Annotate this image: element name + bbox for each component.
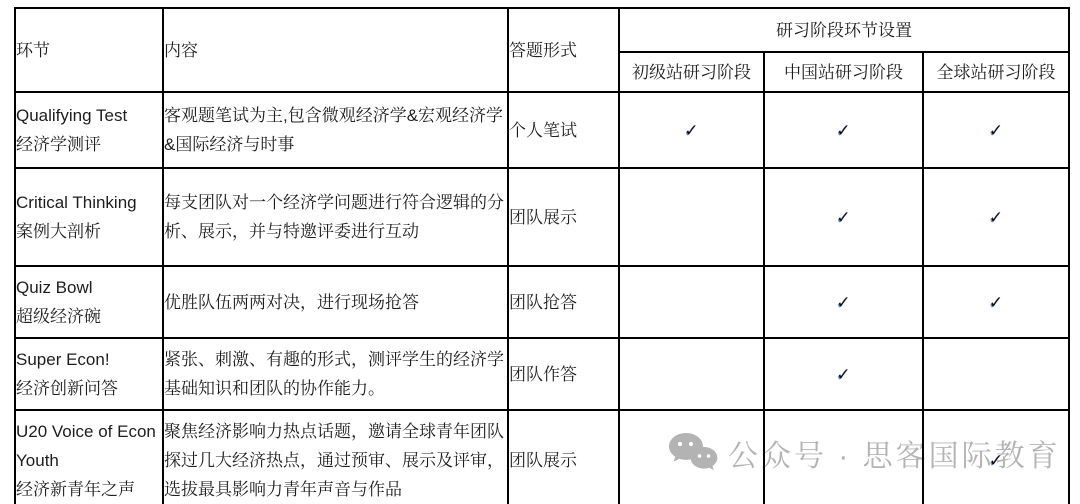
- stage-name-en: Critical Thinking: [16, 188, 162, 217]
- check-cell-global: ✓: [923, 410, 1069, 504]
- format-cell: 团队展示: [508, 410, 619, 504]
- page: 公众号 · 思客国际教育 环节 内容 答题形式 研习阶段环节设置 初级站研习阶段…: [0, 0, 1080, 504]
- format-cell: 个人笔试: [508, 92, 619, 168]
- content-cell: 聚焦经济影响力热点话题，邀请全球青年团队探过几大经济热点，通过预审、展示及评审，…: [163, 410, 508, 504]
- check-cell-china: ✓: [764, 92, 923, 168]
- header-stage: 环节: [15, 8, 163, 92]
- check-cell-china: ✓: [764, 266, 923, 338]
- check-cell-junior: [619, 410, 764, 504]
- table-row: Qualifying Test 经济学测评 客观题笔试为主,包含微观经济学&宏观…: [15, 92, 1069, 168]
- program-table: 环节 内容 答题形式 研习阶段环节设置 初级站研习阶段 中国站研习阶段 全球站研…: [14, 7, 1070, 504]
- table-row: U20 Voice of Econ Youth 经济新青年之声 聚焦经济影响力热…: [15, 410, 1069, 504]
- check-cell-global: ✓: [923, 266, 1069, 338]
- header-station-china: 中国站研习阶段: [764, 52, 923, 92]
- check-cell-china: ✓: [764, 168, 923, 266]
- stage-name-cell: Quiz Bowl 超级经济碗: [15, 266, 163, 338]
- content-cell: 紧张、刺激、有趣的形式，测评学生的经济学基础知识和团队的协作能力。: [163, 338, 508, 410]
- stage-name-en: U20 Voice of Econ Youth: [16, 417, 162, 475]
- check-cell-junior: ✓: [619, 92, 764, 168]
- format-cell: 团队抢答: [508, 266, 619, 338]
- check-cell-junior: [619, 338, 764, 410]
- header-format: 答题形式: [508, 8, 619, 92]
- check-cell-global: [923, 338, 1069, 410]
- stage-name-cn: 经济新青年之声: [16, 475, 162, 504]
- stage-name-cn: 经济创新问答: [16, 374, 162, 403]
- check-cell-global: ✓: [923, 168, 1069, 266]
- header-row-top: 环节 内容 答题形式 研习阶段环节设置: [15, 8, 1069, 52]
- check-cell-china: [764, 410, 923, 504]
- header-station-junior: 初级站研习阶段: [619, 52, 764, 92]
- content-cell: 优胜队伍两两对决，进行现场抢答: [163, 266, 508, 338]
- stage-name-cn: 案例大剖析: [16, 217, 162, 246]
- stage-name-cell: Super Econ! 经济创新问答: [15, 338, 163, 410]
- header-station-global: 全球站研习阶段: [923, 52, 1069, 92]
- stage-name-cell: U20 Voice of Econ Youth 经济新青年之声: [15, 410, 163, 504]
- table-row: Quiz Bowl 超级经济碗 优胜队伍两两对决，进行现场抢答 团队抢答 ✓ ✓: [15, 266, 1069, 338]
- stage-name-en: Super Econ!: [16, 345, 162, 374]
- stage-name-cn: 超级经济碗: [16, 302, 162, 331]
- check-cell-junior: [619, 168, 764, 266]
- stage-name-en: Qualifying Test: [16, 101, 162, 130]
- table-row: Super Econ! 经济创新问答 紧张、刺激、有趣的形式，测评学生的经济学基…: [15, 338, 1069, 410]
- header-content: 内容: [163, 8, 508, 92]
- content-cell: 客观题笔试为主,包含微观经济学&宏观经济学&国际经济与时事: [163, 92, 508, 168]
- header-group-title: 研习阶段环节设置: [619, 8, 1069, 52]
- stage-name-en: Quiz Bowl: [16, 273, 162, 302]
- check-cell-china: ✓: [764, 338, 923, 410]
- stage-name-cn: 经济学测评: [16, 130, 162, 159]
- check-cell-global: ✓: [923, 92, 1069, 168]
- stage-name-cell: Critical Thinking 案例大剖析: [15, 168, 163, 266]
- format-cell: 团队展示: [508, 168, 619, 266]
- table-row: Critical Thinking 案例大剖析 每支团队对一个经济学问题进行符合…: [15, 168, 1069, 266]
- content-cell: 每支团队对一个经济学问题进行符合逻辑的分析、展示，并与特邀评委进行互动: [163, 168, 508, 266]
- check-cell-junior: [619, 266, 764, 338]
- format-cell: 团队作答: [508, 338, 619, 410]
- stage-name-cell: Qualifying Test 经济学测评: [15, 92, 163, 168]
